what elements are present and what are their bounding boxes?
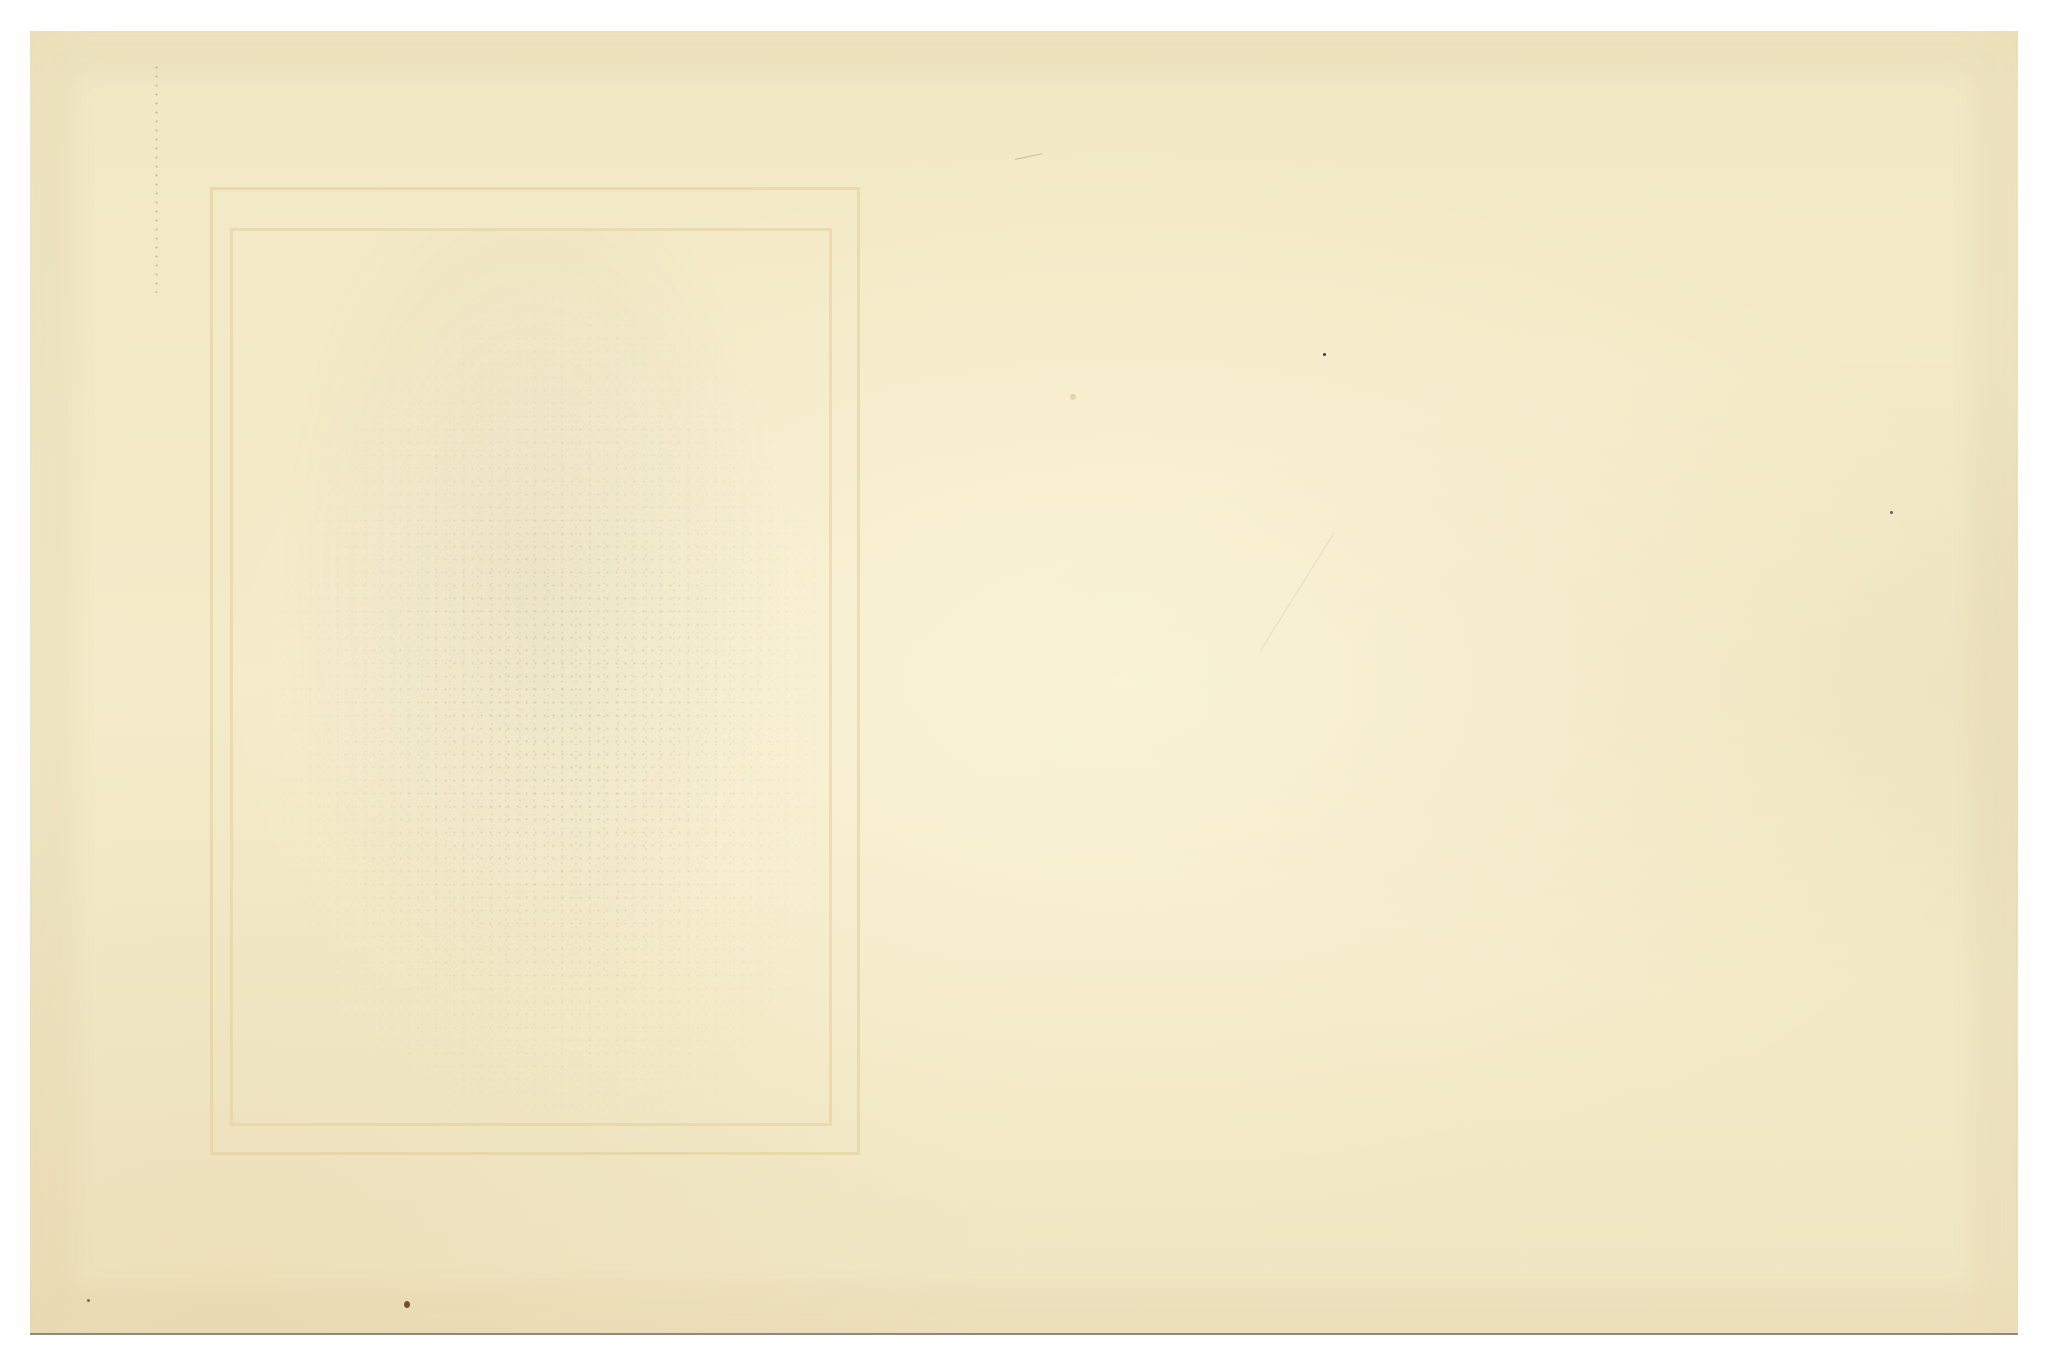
paper-scratch — [1015, 153, 1043, 160]
scan-background — [0, 0, 2048, 1368]
image-show-through — [243, 241, 819, 1113]
foxing-spot — [1323, 353, 1326, 356]
foxing-spot — [404, 1301, 410, 1308]
plate-mark-inner — [230, 228, 832, 1126]
foxing-spot — [87, 1299, 90, 1302]
foxing-spot — [1070, 394, 1076, 400]
show-through-marks — [154, 63, 160, 293]
paper-sheet — [30, 31, 2018, 1335]
paper-scratch — [1260, 533, 1335, 652]
foxing-spot — [1890, 511, 1893, 514]
